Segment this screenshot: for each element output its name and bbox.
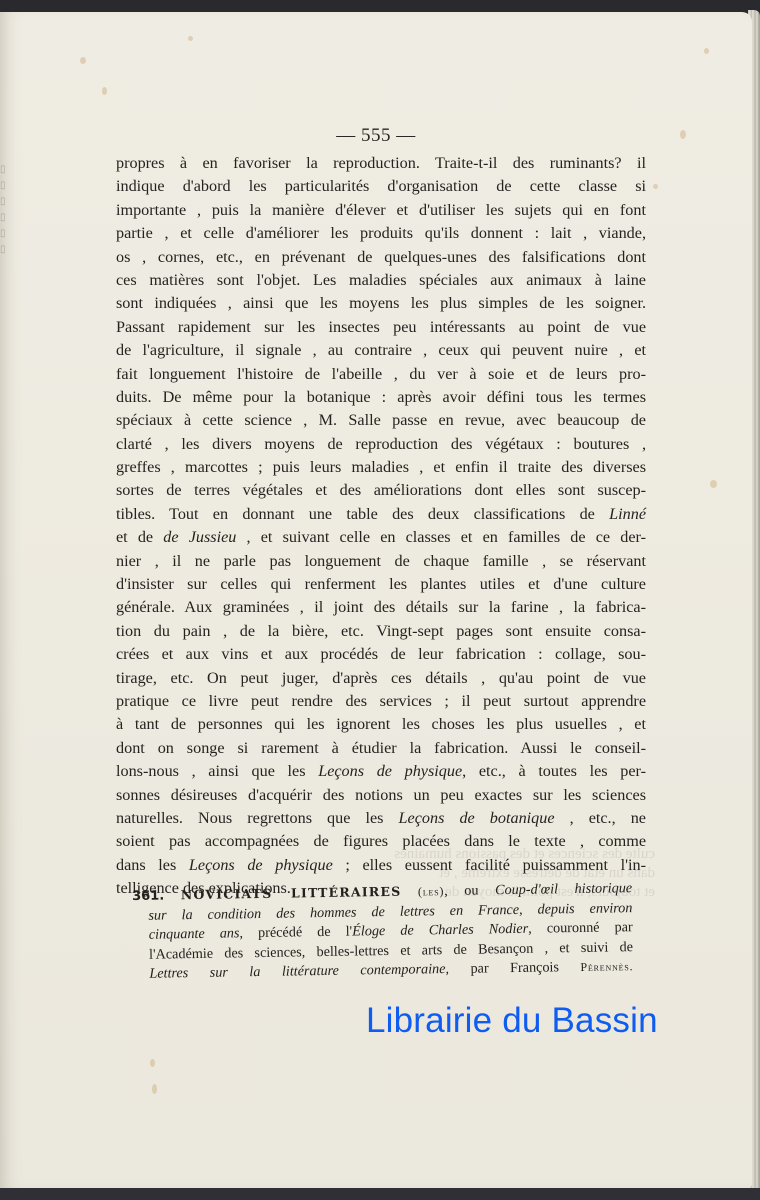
text-line: greffes , marcottes ; puis leurs maladie…	[116, 456, 646, 479]
text-line: lons-nous , ainsi que les Leçons de phys…	[116, 760, 646, 783]
text-line: pratique ce livre peut rendre des servic…	[116, 690, 646, 713]
gutter-shadow-text: ▯▯▯▯▯▯	[0, 162, 10, 272]
author-surname: Pérennès.	[580, 960, 633, 975]
text-line: tibles. Tout en donnant une table des de…	[116, 503, 646, 526]
background-bottom-band	[0, 1186, 760, 1200]
text-line: et de de Jussieu , et suivant celle en c…	[116, 526, 646, 549]
page-number: — 555 —	[0, 125, 752, 147]
text-line: d'insister sur celles qui renferment les…	[116, 573, 646, 596]
text-line: tion du pain , de la bière, etc. Vingt-s…	[116, 620, 646, 643]
foxing-spot	[704, 48, 709, 54]
text-line: clarté , les divers moyens de reproducti…	[116, 433, 646, 456]
text-line: propres à en favoriser la reproduction. …	[116, 152, 646, 175]
entry-title: NOVICIATS LITTÉRAIRES	[181, 884, 402, 902]
italic-title-lecons-physique: Leçons de physique	[318, 762, 462, 780]
text-line: ces matières sont l'objet. Les maladies …	[116, 269, 646, 292]
text-line: sonnes désireuses d'acquérir des notions…	[116, 784, 646, 807]
foxing-spot	[150, 1059, 155, 1067]
text-line: naturelles. Nous regrettons que les Leço…	[116, 807, 646, 830]
text-line: dans les Leçons de physique ; elles euss…	[116, 854, 646, 877]
text-line: de l'agriculture, il signale , au contra…	[116, 339, 646, 362]
foxing-spot	[188, 36, 193, 41]
text-line: spéciaux à cette science , M. Salle pass…	[116, 409, 646, 432]
text-line: fait longuement l'histoire de l'abeille …	[116, 363, 646, 386]
text-line: crées et aux vins et aux procédés de leu…	[116, 643, 646, 666]
foxing-spot	[152, 1084, 157, 1094]
entry-subtitle: Coup-d'œil historique	[495, 880, 632, 898]
italic-title-lecons-physique: Leçons de physique	[189, 856, 333, 874]
text-line: à tant de personnes qui les ignorent les…	[116, 713, 646, 736]
text-line: Passant rapidement sur les insectes peu …	[116, 316, 646, 339]
eloge-title: Éloge de Charles Nodier	[352, 921, 528, 940]
italic-name-jussieu: de Jussieu	[163, 528, 236, 546]
text-line: sont indiquées , ainsi que les moyens le…	[116, 292, 646, 315]
foxing-spot	[710, 480, 717, 488]
text-line: tirage, etc. On peut juger, d'après ces …	[116, 667, 646, 690]
text-line: duits. De même pour la botanique : après…	[116, 386, 646, 409]
entry-title-suffix: (les)	[418, 884, 444, 898]
text-line: nier , il ne parle pas longuement de cha…	[116, 550, 646, 573]
text-line: importante , puis la manière d'élever et…	[116, 199, 646, 222]
text-line: indique d'abord les particularités d'org…	[116, 175, 646, 198]
italic-name-linne: Linné	[609, 505, 646, 523]
text-line: os , cornes, etc., en prévenant de quelq…	[116, 246, 646, 269]
bibliography-entry: 361. NOVICIATS LITTÉRAIRES (les), ou Cou…	[132, 878, 633, 985]
text-line: sortes de terres végétales et des amélio…	[116, 479, 646, 502]
text-line: soient pas accompagnées de figures placé…	[116, 830, 646, 853]
text-line: partie , et celle d'améliorer les produi…	[116, 222, 646, 245]
foxing-spot	[102, 87, 107, 95]
text-line: générale. Aux graminées , il joint des d…	[116, 596, 646, 619]
foxing-spot	[653, 184, 658, 189]
text-line: dont on songe si rarement à étudier la f…	[116, 737, 646, 760]
entry-number: 361.	[132, 888, 164, 904]
italic-title-lecons-botanique: Leçons de botanique	[399, 809, 555, 827]
foxing-spot	[80, 57, 86, 64]
body-paragraph: propres à en favoriser la reproduction. …	[116, 152, 646, 901]
watermark-text: Librairie du Bassin	[366, 1001, 658, 1041]
